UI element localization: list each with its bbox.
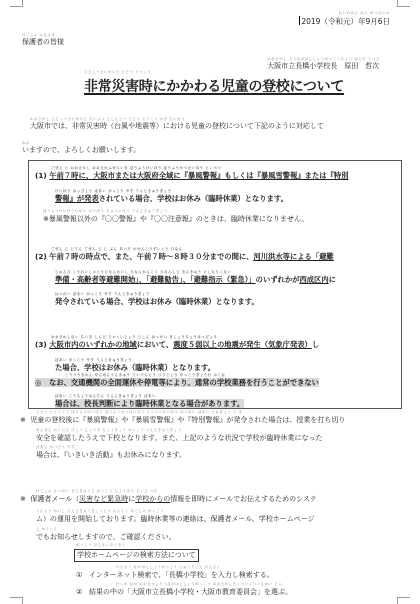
conditions-box: ごぜん じ おおさかし おおさかふぜんいき ぼうふうけいほう ぼうふうせつけいほ… bbox=[28, 160, 402, 409]
note-ruby: あんぜん かくにん げこう じょうき じょうきょう がっこう りんじきゅうぎょう bbox=[36, 428, 322, 433]
note-text-underlined: 災害など緊急時 bbox=[79, 495, 128, 503]
note-text-underlined: 学校からの bbox=[135, 495, 170, 503]
item-text: し bbox=[312, 340, 319, 349]
note-ruby: ほごしゃ さいがい きんきゅうじ がっこう じょうほう そくじ つた bbox=[20, 489, 317, 494]
item-text-underlined: 準備・高齢者等避難開始」、「避難勧告」、「避難指示（緊急）」 bbox=[55, 275, 256, 284]
title-ruby-wrap: ひじょうさいがいじ じどう とうこう bbox=[84, 70, 151, 75]
note-text: 保護者メール（ bbox=[30, 495, 79, 503]
after-note-2-line-2: うんよう かいし りんじきゅうぎょうとう れんらく ほごしゃ がっこう ム）の運… bbox=[36, 509, 315, 524]
note-text: でもお知らせしますので、ご確認ください。 bbox=[36, 533, 176, 541]
condition-item-1-note: ぼうふうけいほういがい けいほう ちゅういほう りんじきゅうぎょう ※暴風警報以… bbox=[43, 209, 308, 224]
item-number: (3) bbox=[35, 340, 47, 349]
item-text: 午前７時の時点で、また、午前７時～８時３０分までの間に、 bbox=[49, 252, 253, 261]
search-step-2: けっか なか おおさかしりつながはししょうがっこう おおさかしきょういくいいんか… bbox=[76, 582, 292, 597]
note-ruby: うんよう かいし りんじきゅうぎょうとう れんらく ほごしゃ がっこう bbox=[36, 509, 315, 514]
after-note-1-line-2: あんぜん かくにん げこう じょうき じょうきょう がっこう りんじきゅうぎょう… bbox=[36, 428, 322, 443]
greeting: ほごしゃ みなさま 保護者の皆様 bbox=[22, 33, 64, 47]
step-text: 結果の中の「大阪市立長橋小学校・大阪市教育委員会」を選ぶ。 bbox=[89, 588, 292, 596]
condition-item-3: おおさかしない ちいき しんど じゃくいじょう じしん はっせい きしょうちょう… bbox=[35, 335, 319, 349]
item-text: た場合、学校はお休み（臨時休業）となります。 bbox=[55, 363, 215, 372]
title-ruby: ひじょうさいがいじ じどう とうこう bbox=[84, 70, 151, 75]
condition-item-1-line-2: けいほう はっぴょう ばあい がっこう やす りんじきゅうぎょう 警報』が発表さ… bbox=[55, 189, 288, 203]
date-text: 2019（令和元）年9月6日 bbox=[301, 17, 390, 26]
notice-line-1: こうつうきかん ぜんめんうんきゅう ていでんとう つうじょう がっこうぎょうむ … bbox=[35, 373, 319, 387]
search-howto-title: 学校ホームページの検索方法について bbox=[74, 549, 199, 562]
page-corner-mark bbox=[10, 0, 23, 7]
item-text-underlined: 河川洪水等による「避難 bbox=[253, 252, 333, 261]
search-step-1: けんさく ながはししょうがっこう にゅうりょく けんさく ① インターネット検索… bbox=[76, 565, 274, 580]
step-ruby: けっか なか おおさかしりつながはししょうがっこう おおさかしきょういくいいんか… bbox=[76, 582, 292, 587]
greeting-text: 保護者の皆様 bbox=[22, 38, 64, 46]
after-note-1-line-3: ばあい かつどう やす 場合は、『いきいき活動』もお休みになります。 bbox=[36, 445, 186, 460]
condition-item-2: ごぜん じ じてん ごぜん じ じ ぷん あいだ かせんこうずいとう ひなん (… bbox=[35, 247, 334, 261]
note-text: 情報を即時にメールでお伝えするためのシステ bbox=[170, 495, 317, 503]
condition-item-3-line-2: ばあい がっこう やす りんじきゅうぎょう た場合、学校はお休み（臨時休業）とな… bbox=[55, 358, 215, 372]
item-text-underlined: 西成区内 bbox=[299, 275, 328, 284]
note-text: ※暴風警報以外の『〇〇警報』や『〇〇注意報』のときは、臨時休業になりません。 bbox=[43, 215, 308, 223]
after-note-1: じどう とうこうご ぼうふうけいほう ぼうふうせつけいほう とくべつけいほう は… bbox=[20, 410, 345, 425]
page-corner-mark bbox=[397, 0, 410, 7]
note-text: 児童の登校後に『暴風警報』や『暴風雪警報』や『特別警報』が発令された場合は、授業… bbox=[30, 416, 345, 424]
item-text: 午前７時に、大阪市または大阪府全域に『暴風警報』もしくは『暴風雪警報』または『特… bbox=[49, 171, 348, 180]
condition-item-2-line-3: はつれい ばあい がっこう やす りんじきゅうぎょう 発令されている場合、学校は… bbox=[55, 292, 259, 306]
item-text-underlined: 震度５弱以上の地震が発生（気象庁発表） bbox=[173, 340, 312, 349]
item-text-underlined: 警報』が発表 bbox=[55, 194, 99, 203]
note-text: ム）の運用を開始しております。臨時休業等の連絡は、保護者メール、学校ホームページ bbox=[36, 515, 315, 523]
sender: おおさかし たつながはししょうがっこうちょう はらだ てつじ 大阪市立長橋小学校… bbox=[267, 57, 380, 71]
note-text: 安全を確認したうえで下校となります。また、上記のような状況で学校が臨時休業になっ… bbox=[36, 434, 322, 442]
notice-line-2: ばあい こうちょうはんだん りんじきゅうぎょう ばあい 場合は、校長判断により臨… bbox=[55, 394, 244, 408]
note-mark: ※ bbox=[20, 495, 26, 503]
item-text: されている場合、学校はお休み（臨時休業）となります。 bbox=[99, 194, 288, 203]
intro-line-2: ねが いますので、よろしくお願いします。 bbox=[22, 141, 140, 155]
intro-line-1: おおさかし ひじょうさいがいじ たいふう じしんとう じどう とうこう かき た… bbox=[30, 117, 324, 131]
intro-text: 大阪市では、非常災害時（台風や地震等）における児童の登校について下記のように対応… bbox=[30, 122, 324, 130]
after-note-2: ほごしゃ さいがい きんきゅうじ がっこう じょうほう そくじ つた ※ 保護者… bbox=[20, 489, 317, 504]
step-number: ① bbox=[76, 571, 82, 579]
item-text: において、 bbox=[137, 340, 173, 349]
note-text: 場合は、『いきいき活動』もお休みになります。 bbox=[36, 451, 186, 459]
note-ruby: し かくにん bbox=[36, 527, 176, 532]
step-ruby: けんさく ながはししょうがっこう にゅうりょく けんさく bbox=[76, 565, 274, 570]
item-text: のいずれかが bbox=[256, 275, 300, 284]
note-ruby: ばあい かつどう やす bbox=[36, 445, 186, 450]
condition-item-2-line-2: じゅんび こうれいしゃとうひなんかいし ひなんかんこく ひなんしじ きんきゅう … bbox=[55, 270, 336, 284]
search-howto-ruby: がっこう けんさくほうほう bbox=[76, 543, 126, 548]
after-note-2-line-3: し かくにん でもお知らせしますので、ご確認ください。 bbox=[36, 527, 176, 542]
page-title: 非常災害時にかかわる児童の登校について bbox=[84, 76, 344, 96]
page-corner-mark bbox=[10, 597, 23, 604]
date-ruby: れいわがん ねん がつむいか bbox=[299, 11, 390, 16]
notice-highlight: ◎ なお、交通機関の全面運休や停電等により、通常の学校業務を行うことができない bbox=[35, 378, 319, 387]
search-howto-ruby-wrap: がっこう けんさくほうほう bbox=[76, 543, 126, 548]
item-text: 発令されている場合、学校はお休み（臨時休業）となります。 bbox=[55, 297, 259, 306]
document-date[interactable]: れいわがん ねん がつむいか 2019（令和元）年9月6日 bbox=[299, 11, 390, 27]
notice-text: なお、交通機関の全面運休や停電等により、通常の学校業務を行うことができない bbox=[49, 378, 319, 387]
note-mark: ※ bbox=[20, 416, 26, 424]
item-text: に bbox=[329, 275, 336, 284]
sender-text: 大阪市立長橋小学校長 原田 哲次 bbox=[267, 62, 379, 70]
condition-item-1: ごぜん じ おおさかし おおさかふぜんいき ぼうふうけいほう ぼうふうせつけいほ… bbox=[35, 166, 348, 180]
item-number: (1) bbox=[35, 171, 47, 180]
step-text: インターネット検索で、「長橋小学校」を入力し検索する。 bbox=[89, 571, 274, 579]
item-number: (2) bbox=[35, 252, 47, 261]
item-text-underlined: 大阪市内のいずれかの地域 bbox=[49, 340, 137, 349]
bullet-icon: ◎ bbox=[35, 378, 41, 387]
step-number: ② bbox=[76, 588, 82, 596]
notice-text: 場合は、校長判断により臨時休業となる場合があります。 bbox=[55, 399, 244, 408]
note-ruby: じどう とうこうご ぼうふうけいほう ぼうふうせつけいほう とくべつけいほう は… bbox=[20, 410, 345, 415]
page-corner-mark bbox=[397, 597, 410, 604]
intro-text: いますので、よろしくお願いします。 bbox=[22, 146, 140, 154]
note-ruby: ぼうふうけいほういがい けいほう ちゅういほう りんじきゅうぎょう bbox=[43, 209, 308, 214]
